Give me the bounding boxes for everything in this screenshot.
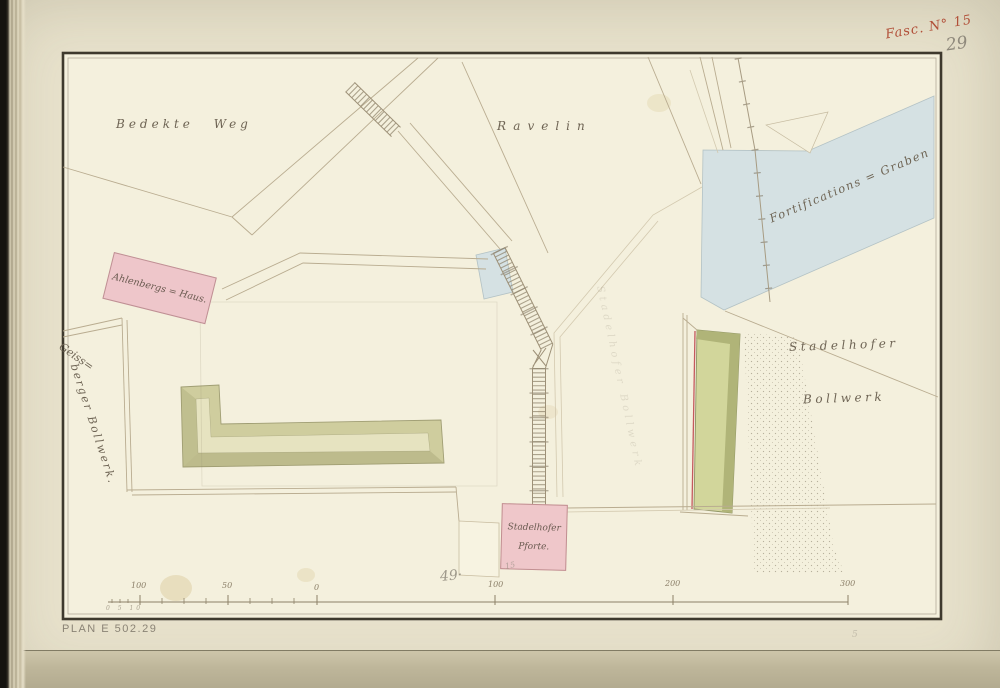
scale-label-3: 100 <box>488 580 503 589</box>
scale-label-2: 0 <box>314 583 319 592</box>
folio-number: 29 <box>945 33 969 56</box>
unshaded-building <box>459 521 499 577</box>
book-spine <box>0 0 26 688</box>
label-bastion-right-2: Bollwerk <box>803 390 886 407</box>
plan-number: PLAN E 502.29 <box>62 623 157 635</box>
scanned-album-page: Bedekte Weg Ravelin Fortifications = Gra… <box>0 0 1000 688</box>
label-covered-way: Bedekte Weg <box>116 117 252 131</box>
scale-label-1: 50 <box>222 581 232 590</box>
scale-label-5: 300 <box>840 579 855 588</box>
page-bottom-edge <box>18 650 1000 688</box>
pencil-mark-bottom: 5 <box>852 630 858 640</box>
label-ravelin: Ravelin <box>497 119 592 133</box>
pencil-note-scale: 49· <box>439 567 463 585</box>
label-house: Ahlenbergs = Haus. <box>111 271 208 305</box>
label-gate-2: Pforte. <box>518 541 549 552</box>
scale-subdivision-marks: 0 5 10 <box>106 605 143 612</box>
scale-label-4: 200 <box>665 579 680 588</box>
label-gate-1: Stadelhofer <box>507 522 561 533</box>
rampart-right-green <box>692 330 740 513</box>
scale-label-0: 100 <box>131 581 146 590</box>
album-page: Bedekte Weg Ravelin Fortifications = Gra… <box>0 0 1000 688</box>
